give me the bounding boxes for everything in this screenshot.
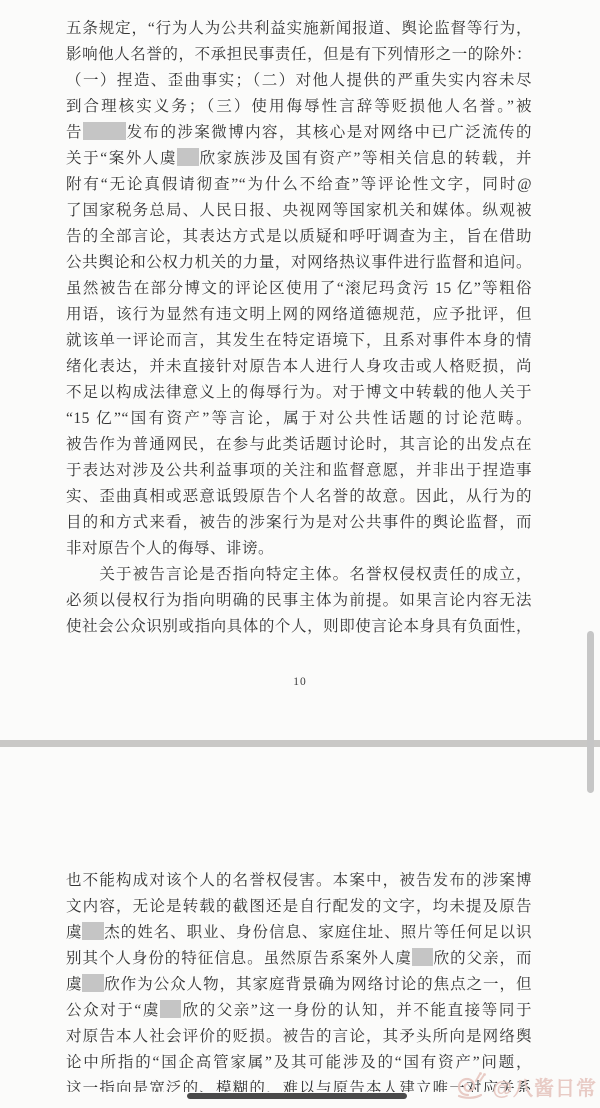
text-line: 虽然被告在部分博文的评论区使用了“滚尼玛贪污 15 亿”等粗俗	[66, 276, 532, 302]
document-page-1-text: 五条规定，“行为人为公共利益实施新闻报道、舆论监督等行为，影响他人名誉的，不承担…	[66, 16, 532, 640]
redaction-box	[82, 922, 103, 940]
text-line: 于表达对涉及公共利益事项的关注和监督意愿，并非出于捏造事	[66, 458, 532, 484]
text-line: 虞杰的姓名、职业、身份信息、家庭住址、照片等任何足以识	[66, 920, 532, 946]
text-line: 公共舆论和公权力机关的力量，对网络热议事件进行监督和追问。	[66, 250, 532, 276]
text-line: 影响他人名誉的，不承担民事责任，但是有下列情形之一的除外：	[66, 42, 532, 68]
document-page-2-text: 也不能构成对该个人的名誉权侵害。本案中，被告发布的涉案博文内容，无论是转载的截图…	[66, 868, 532, 1092]
text-line: 关于被告言论是否指向特定主体。名誉权侵权责任的成立，	[66, 562, 532, 588]
text-line: 对原告本人社会评价的贬损。被告的言论，其矛头所向是网络舆	[66, 1024, 532, 1050]
text-line: 虞欣作为公众人物，其家庭背景确为网络讨论的焦点之一，但	[66, 972, 532, 998]
text-line: 了国家税务总局、人民日报、央视网等国家机关和媒体。纵观被	[66, 198, 532, 224]
page-break-divider	[0, 740, 600, 747]
redaction-box	[177, 148, 198, 166]
text-line: 被告作为普通网民，在参与此类话题讨论时，其言论的出发点在	[66, 432, 532, 458]
text-line: 绪化表达，并未直接针对原告本人进行人身攻击或人格贬损，尚	[66, 354, 532, 380]
text-line: 五条规定，“行为人为公共利益实施新闻报道、舆论监督等行为，	[66, 16, 532, 42]
text-line: 不足以构成法律意义上的侮辱行为。对于博文中转载的他人关于	[66, 380, 532, 406]
text-line: 公众对于“虞欣的父亲”这一身份的认知，并不能直接等同于	[66, 998, 532, 1024]
text-line: 告的全部言论，其表达方式是以质疑和呼吁调查为主，旨在借助	[66, 224, 532, 250]
text-line: 使社会公众识别或指向具体的个人，则即使言论本身具有负面性，	[66, 614, 532, 640]
text-line: 这一指向是宽泛的、模糊的，难以与原告本人建立唯一对应关系	[66, 1076, 532, 1092]
home-indicator[interactable]	[187, 1093, 407, 1099]
text-line: 就该单一评论而言，其发生在特定语境下，且系对事件本身的情	[66, 328, 532, 354]
text-line: 必须以侵权行为指向明确的民事主体为前提。如果言论内容无法	[66, 588, 532, 614]
text-line: 文内容，无论是转载的截图还是自行配发的文字，均未提及原告	[66, 894, 532, 920]
text-line: 用语，该行为显然有违文明上网的网络道德规范，应予批评，但	[66, 302, 532, 328]
redaction-box	[412, 948, 433, 966]
text-line: （一）捏造、歪曲事实；（二）对他人提供的严重失实内容未尽	[66, 68, 532, 94]
text-line: 关于“案外人虞欣家族涉及国有资产”等相关信息的转载，并	[66, 146, 532, 172]
redaction-box	[83, 122, 126, 140]
text-line: 目的和方式来看，被告的涉案行为是对公共事件的舆论监督，而	[66, 510, 532, 536]
scrollbar-thumb[interactable]	[587, 631, 594, 793]
redaction-box	[82, 974, 103, 992]
text-line: 告发布的涉案微博内容，其核心是对网络中已广泛流传的	[66, 120, 532, 146]
text-line: 也不能构成对该个人的名誉权侵害。本案中，被告发布的涉案博	[66, 868, 532, 894]
document-viewer-screen: 五条规定，“行为人为公共利益实施新闻报道、舆论监督等行为，影响他人名誉的，不承担…	[0, 0, 600, 1108]
text-line: 论中所指的“国企高管家属”及其可能涉及的“国有资产”问题，	[66, 1050, 532, 1076]
page-number: 10	[0, 676, 600, 688]
redaction-box	[160, 1000, 181, 1018]
text-line: 附有“无论真假请彻查”“为什么不给查”等评论性文字，同时@	[66, 172, 532, 198]
text-line: 非对原告个人的侮辱、诽谤。	[66, 536, 532, 562]
text-line: 实、歪曲真相或恶意诋毁原告个人名誉的故意。因此，从行为的	[66, 484, 532, 510]
text-line: “15 亿”“国有资产”等言论，属于对公共性话题的讨论范畴。	[66, 406, 532, 432]
text-line: 到合理核实义务；（三）使用侮辱性言辞等贬损他人名誉。”被	[66, 94, 532, 120]
text-line: 别其个人身份的特征信息。虽然原告系案外人虞欣的父亲，而	[66, 946, 532, 972]
